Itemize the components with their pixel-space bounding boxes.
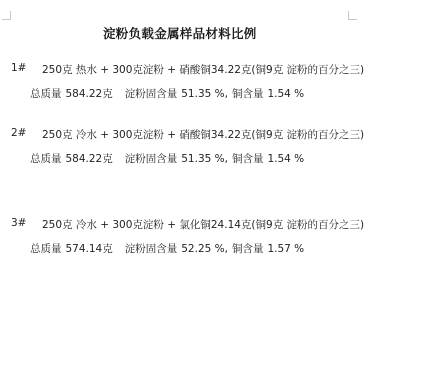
total-mass-value: 584.22克	[66, 88, 113, 100]
sample-1-summary: 总质量584.22克淀粉固含量51.35 %,铜含量1.54 %	[30, 86, 304, 101]
sample-3-formula: 250克 冷水 + 300克淀粉 + 氯化铜24.14克(铜9克 淀粉的百分之三…	[42, 217, 364, 232]
sample-3-summary: 总质量574.14克淀粉固含量52.25 %,铜含量1.57 %	[30, 241, 304, 256]
total-mass-value: 574.14克	[66, 243, 113, 255]
starch-content-label: 淀粉固含量	[125, 243, 178, 255]
starch-content-label: 淀粉固含量	[125, 153, 178, 165]
copper-content-label: 铜含量	[232, 153, 264, 165]
copper-content-value: 1.54 %	[267, 153, 304, 165]
copper-content-label: 铜含量	[232, 88, 264, 100]
margin-corner-mark-top-right	[348, 11, 357, 20]
sample-1-id: 1#	[11, 62, 26, 74]
sample-3-id: 3#	[11, 217, 26, 229]
sample-2-summary: 总质量584.22克淀粉固含量51.35 %,铜含量1.54 %	[30, 151, 304, 166]
copper-content-value: 1.57 %	[267, 243, 304, 255]
copper-content-label: 铜含量	[232, 243, 264, 255]
sample-2-id: 2#	[11, 127, 26, 139]
copper-content-value: 1.54 %	[267, 88, 304, 100]
starch-content-label: 淀粉固含量	[125, 88, 178, 100]
margin-corner-mark-top-left	[2, 11, 11, 20]
total-mass-label: 总质量	[30, 243, 62, 255]
document-title: 淀粉负载金属样品材料比例	[103, 24, 257, 42]
starch-content-value: 52.25 %,	[181, 243, 228, 255]
sample-2-formula: 250克 冷水 + 300克淀粉 + 硝酸铜34.22克(铜9克 淀粉的百分之三…	[42, 127, 364, 142]
total-mass-value: 584.22克	[66, 153, 113, 165]
starch-content-value: 51.35 %,	[181, 88, 228, 100]
sample-1-formula: 250克 热水 + 300克淀粉 + 硝酸铜34.22克(铜9克 淀粉的百分之三…	[42, 62, 364, 77]
starch-content-value: 51.35 %,	[181, 153, 228, 165]
document-page: 淀粉负载金属样品材料比例 1# 250克 热水 + 300克淀粉 + 硝酸铜34…	[0, 0, 421, 369]
total-mass-label: 总质量	[30, 88, 62, 100]
total-mass-label: 总质量	[30, 153, 62, 165]
